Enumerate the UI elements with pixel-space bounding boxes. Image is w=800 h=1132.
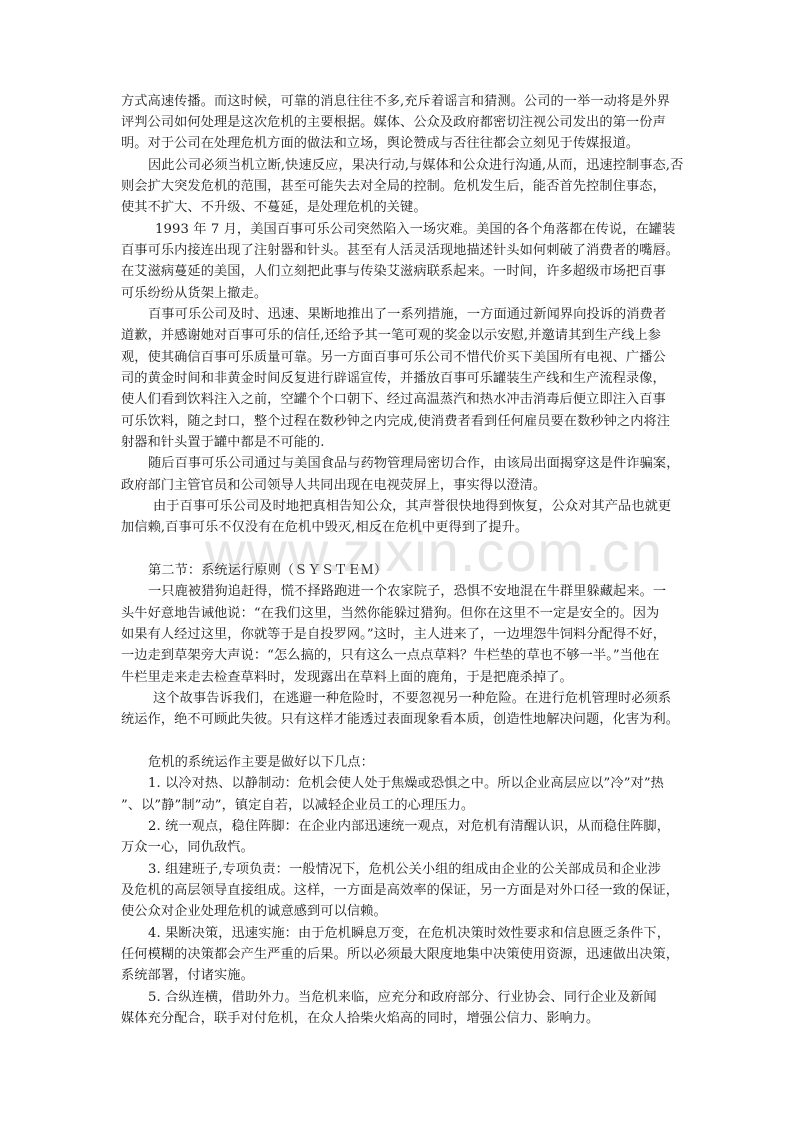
text-line: 加信赖,百事可乐不仅没有在危机中毁灭,相反在危机中更得到了提升。 [121, 520, 528, 536]
text-line: 1. 以冷对热、以静制动：危机会使人处于焦燥或恐惧之中。所以企业高层应以”冷”对… [148, 776, 664, 792]
text-line: 第二节：系统运行原则（ＳＹＳＴＥＭ） [148, 563, 387, 579]
text-line: 统运作，绝不可顾此失彼。只有这样才能透过表面现象看本质，创造性地解决问题，化害为… [121, 712, 679, 728]
text-line: 一只鹿被猎狗追赶得，慌不择路跑进一个农家院子，恐惧不安地混在牛群里躲藏起来。一 [148, 584, 666, 600]
text-line: 司的黄金时间和非黄金时间反复进行辟谣宣传，并播放百事可乐罐装生产线和生产流程录像… [121, 371, 666, 387]
text-line: 使公众对企业处理危机的诚意感到可以信赖。 [121, 904, 387, 920]
text-line: 方式高速传播。而这时候，可靠的消息往往不多,充斥着谣言和猜测。公司的一举一动将是… [121, 94, 670, 110]
document-page: www.zixin.com.cn 方式高速传播。而这时候，可靠的消息往往不多,充… [0, 0, 800, 1132]
text-line: 任何模糊的决策都会产生严重的后果。所以必须最大限度地集中决策使用资源，迅速做出决… [121, 947, 679, 963]
text-line: 4. 果断决策，迅速实施：由于危机瞬息万变，在危机决策时效性要求和信息匮乏条件下… [148, 926, 670, 942]
text-line: 5. 合纵连横，借助外力。当危机来临，应充分和政府部分、行业协会、同行企业及新闻 [148, 990, 657, 1006]
text-line: 万众一心，同仇敌忾。 [121, 840, 254, 856]
text-line: 1993 年 7 月，美国百事可乐公司突然陷入一场灾难。美国的各个角落都在传说，… [155, 222, 675, 238]
text-line: 道歉，并感谢她对百事可乐的信任,还给予其一笔可观的奖金以示安慰,并邀请其到生产线… [121, 328, 661, 344]
text-line: 媒体充分配合，联手对付危机，在众人拾柴火焰高的同时，增强公信力、影响力。 [121, 1011, 599, 1027]
text-line: 在艾滋病蔓延的美国，人们立刻把此事与传染艾滋病联系起来。一时间，许多超级市场把百… [121, 264, 666, 280]
text-line: 这个故事告诉我们，在逃避一种危险时，不要忽视另一种危险。在进行危机管理时必须系 [153, 691, 671, 707]
text-line: 百事可乐内接连出现了注射器和针头。甚至有人活灵活现地描述针头如何刺破了消费者的嘴… [121, 243, 679, 259]
document-body: 方式高速传播。而这时候，可靠的消息往往不多,充斥着谣言和猜测。公司的一举一动将是… [0, 0, 800, 1132]
text-line: 如果有人经过这里，你就等于是自投罗网。”这时，主人进来了，一边埋怨牛饲料分配得不… [121, 627, 666, 643]
text-line: 可乐纷纷从货架上撤走。 [121, 286, 267, 302]
text-line: 一边走到草架旁大声说：“怎么搞的，只有这么一点点草料？牛栏垫的草也不够一半。”当… [121, 648, 660, 664]
text-line: 百事可乐公司及时、迅速、果断地推出了一系列措施，一方面通过新闻界向投诉的消费者 [148, 307, 666, 323]
text-line: 使人们看到饮料注入之前，空罐个个口朝下、经过高温蒸汽和热水冲击消毒后便立即注入百… [121, 392, 666, 408]
text-line: 3. 组建班子,专项负责：一般情况下，危机公关小组的组成由企业的公关部成员和企业… [148, 862, 661, 878]
text-line: 系统部署，付诸实施。 [121, 968, 254, 984]
text-line: 政府部门主管官员和公司领导人共同出现在电视荧屏上，事实得以澄清。 [121, 478, 546, 494]
text-line: 2. 统一观点，稳住阵脚：在企业内部迅速统一观点，对危机有清醒认识，从而稳住阵脚… [148, 819, 670, 835]
text-line: 观，使其确信百事可乐质量可靠。另一方面百事可乐公司不惜代价买下美国所有电视、广播… [121, 350, 666, 366]
text-line: 危机的系统运作主要是做好以下几点： [148, 755, 374, 771]
text-line: 可乐饮料，随之封口，整个过程在数秒钟之内完成,使消费者看到任何雇员要在数秒钟之内… [121, 414, 670, 430]
text-line: 随后百事可乐公司通过与美国食品与药物管理局密切合作，由该局出面揭穿这是件诈骗案， [148, 456, 680, 472]
text-line: 由于百事可乐公司及时地把真相告知公众，其声誉很快地得到恢复，公众对其产品也就更 [153, 499, 671, 515]
text-line: 评判公司如何处理是这次危机的主要根据。媒体、公众及政府都密切注视公司发出的第一份… [121, 115, 666, 131]
text-line: 因此公司必须当机立断,快速反应，果决行动,与媒体和公众进行沟通,从而，迅速控制事… [148, 158, 683, 174]
text-line: 射器和针头置于罐中都是不可能的. [121, 435, 325, 451]
text-line: 使其不扩大、不升级、不蔓延，是处理危机的关键。 [121, 200, 427, 216]
text-line: 头牛好意地告诫他说：“在我们这里，当然你能躲过猎狗。但你在这里不一定是安全的。因… [121, 606, 659, 622]
text-line: 明。对于公司在处理危机方面的做法和立场，舆论赞成与否往往都会立刻见于传媒报道。 [121, 136, 639, 152]
text-line: 则会扩大突发危机的范围，甚至可能失去对全局的控制。危机发生后，能否首先控制住事态… [121, 179, 666, 195]
text-line: 牛栏里走来走去检查草料时，发现露出在草料上面的鹿角，于是把鹿杀掉了。 [121, 670, 573, 686]
text-line: 及危机的高层领导直接组成。这样，一方面是高效率的保证，另一方面是对外口径一致的保… [121, 883, 679, 899]
text-line: ”、以”静”制”动”，镇定自若，以减轻企业员工的心理压力。 [121, 798, 474, 814]
